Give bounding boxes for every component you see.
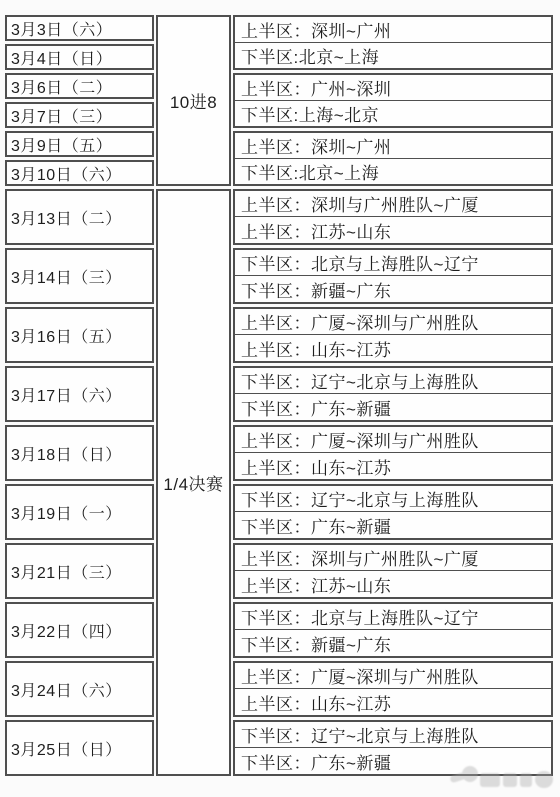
match-pair: 下半区：辽宁~北京与上海胜队 下半区：广东~新疆	[233, 484, 553, 540]
match-row: 下半区：北京与上海胜队~辽宁	[235, 604, 551, 630]
dates-column: 3月3日（六） 3月4日（日） 3月6日（二） 3月7日（三） 3月9日（五） …	[5, 15, 154, 776]
match-pair: 上半区：深圳与广州胜队~广厦 上半区：江苏~山东	[233, 189, 553, 245]
match-pair: 上半区：广厦~深圳与广州胜队 上半区：山东~江苏	[233, 661, 553, 717]
match-pair: 下半区：辽宁~北京与上海胜队 下半区：广东~新疆	[233, 720, 553, 776]
match-row: 下半区：辽宁~北京与上海胜队	[235, 368, 551, 394]
date-cell: 3月7日（三）	[5, 102, 154, 128]
match-row: 上半区：山东~江苏	[235, 335, 551, 361]
date-cell: 3月21日（三）	[5, 543, 154, 599]
round-column: 10进8 1/4决赛	[156, 15, 231, 776]
match-row: 下半区：广东~新疆	[235, 512, 551, 538]
match-row: 上半区：广厦~深圳与广州胜队	[235, 427, 551, 453]
match-row: 下半区:北京~上海	[235, 159, 551, 185]
date-cell: 3月24日（六）	[5, 661, 154, 717]
match-pair: 上半区：深圳~广州 下半区:北京~上海	[233, 15, 553, 70]
date-cell: 3月17日（六）	[5, 366, 154, 422]
match-pair: 下半区：北京与上海胜队~辽宁 下半区：新疆~广东	[233, 248, 553, 304]
date-cell: 3月9日（五）	[5, 131, 154, 157]
match-pair: 上半区：广厦~深圳与广州胜队 上半区：山东~江苏	[233, 307, 553, 363]
date-cell: 3月22日（四）	[5, 602, 154, 658]
match-row: 上半区：山东~江苏	[235, 689, 551, 715]
match-row: 上半区：广州~深圳	[235, 75, 551, 101]
date-cell: 3月18日（日）	[5, 425, 154, 481]
match-pair: 上半区：深圳~广州 下半区:北京~上海	[233, 131, 553, 186]
match-row: 下半区：新疆~广东	[235, 630, 551, 656]
date-cell: 3月14日（三）	[5, 248, 154, 304]
match-pair: 上半区：广厦~深圳与广州胜队 上半区：山东~江苏	[233, 425, 553, 481]
matches-column: 上半区：深圳~广州 下半区:北京~上海 上半区：广州~深圳 下半区:上海~北京 …	[233, 15, 553, 776]
match-row: 上半区：江苏~山东	[235, 217, 551, 243]
match-row: 下半区：辽宁~北京与上海胜队	[235, 486, 551, 512]
match-row: 下半区：辽宁~北京与上海胜队	[235, 722, 551, 748]
match-row: 上半区：深圳~广州	[235, 17, 551, 43]
match-row: 下半区：北京与上海胜队~辽宁	[235, 250, 551, 276]
match-pair: 上半区：深圳与广州胜队~广厦 上半区：江苏~山东	[233, 543, 553, 599]
match-pair: 下半区：辽宁~北京与上海胜队 下半区：广东~新疆	[233, 366, 553, 422]
match-row: 下半区：广东~新疆	[235, 748, 551, 774]
match-row: 上半区：深圳与广州胜队~广厦	[235, 545, 551, 571]
match-row: 上半区：山东~江苏	[235, 453, 551, 479]
date-cell: 3月16日（五）	[5, 307, 154, 363]
match-row: 上半区：广厦~深圳与广州胜队	[235, 309, 551, 335]
round-cell-quarterfinal: 1/4决赛	[156, 189, 231, 776]
date-cell: 3月13日（二）	[5, 189, 154, 245]
date-cell: 3月25日（日）	[5, 720, 154, 776]
date-cell: 3月6日（二）	[5, 73, 154, 99]
date-cell: 3月4日（日）	[5, 44, 154, 70]
match-row: 下半区：新疆~广东	[235, 276, 551, 302]
match-row: 上半区：广厦~深圳与广州胜队	[235, 663, 551, 689]
match-pair: 上半区：广州~深圳 下半区:上海~北京	[233, 73, 553, 128]
date-cell: 3月3日（六）	[5, 15, 154, 41]
date-cell: 3月19日（一）	[5, 484, 154, 540]
match-row: 上半区：江苏~山东	[235, 571, 551, 597]
match-pair: 下半区：北京与上海胜队~辽宁 下半区：新疆~广东	[233, 602, 553, 658]
date-cell: 3月10日（六）	[5, 160, 154, 186]
match-row: 上半区：深圳与广州胜队~广厦	[235, 191, 551, 217]
match-row: 下半区:北京~上海	[235, 43, 551, 69]
match-row: 上半区：深圳~广州	[235, 133, 551, 159]
round-cell-10to8: 10进8	[156, 15, 231, 186]
match-row: 下半区：广东~新疆	[235, 394, 551, 420]
match-row: 下半区:上海~北京	[235, 101, 551, 127]
